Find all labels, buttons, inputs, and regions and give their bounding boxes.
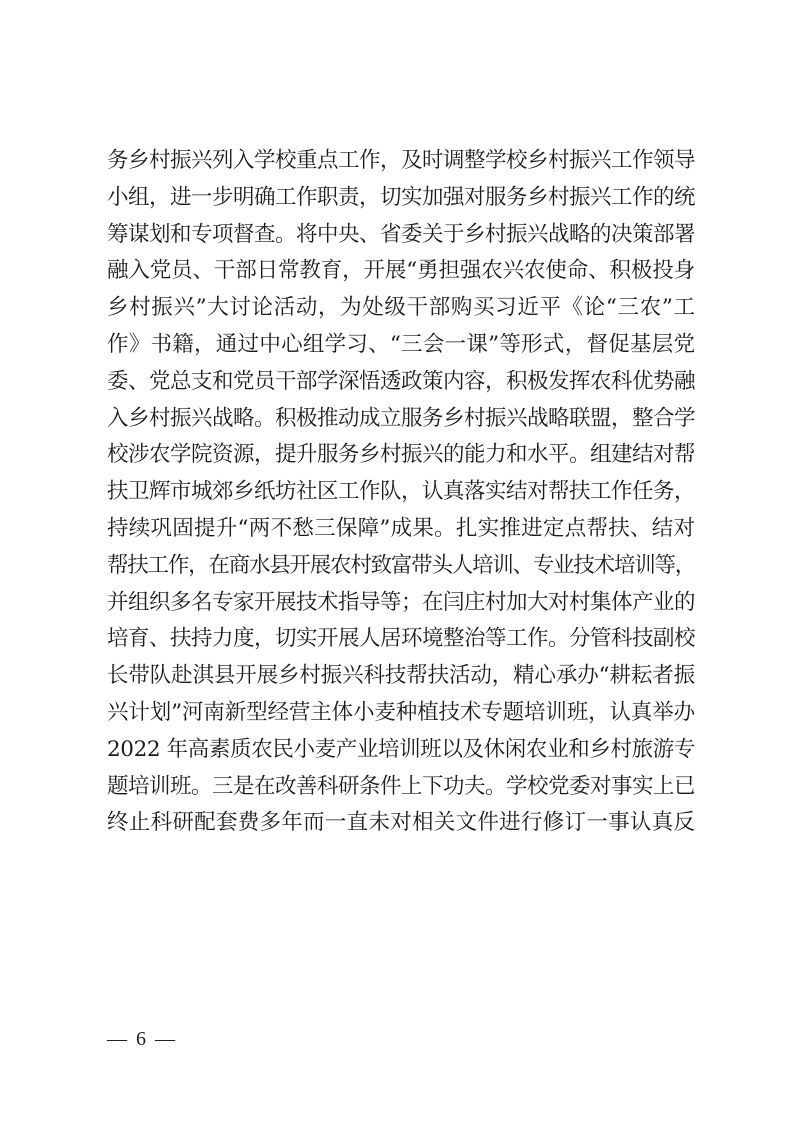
text-line: 并组织多名专家开展技术指导等；在闫庄村加大对村集体产业的: [107, 585, 695, 622]
text-line: 题培训班。三是在改善科研条件上下功夫。学校党委对事实上已: [107, 769, 695, 806]
text-line: 务乡村振兴列入学校重点工作，及时调整学校乡村振兴工作领导: [107, 143, 695, 180]
text-line: 作》书籍，通过中心组学习、“三会一课”等形式，督促基层党: [107, 327, 695, 364]
text-line: 委、党总支和党员干部学深悟透政策内容，积极发挥农科优势融: [107, 364, 695, 401]
page-number: — 6 —: [107, 1028, 177, 1051]
text-line: 2022 年高素质农民小麦产业培训班以及休闲农业和乡村旅游专: [107, 732, 695, 769]
document-page: 务乡村振兴列入学校重点工作，及时调整学校乡村振兴工作领导 小组，进一步明确工作职…: [0, 0, 793, 1122]
text-line: 长带队赴淇县开展乡村振兴科技帮扶活动，精心承办“耕耘者振: [107, 658, 695, 695]
text-line: 扶卫辉市城郊乡纸坊社区工作队，认真落实结对帮扶工作任务，: [107, 474, 695, 511]
text-line: 筹谋划和专项督查。将中央、省委关于乡村振兴战略的决策部署: [107, 217, 695, 254]
text-line: 入乡村振兴战略。积极推动成立服务乡村振兴战略联盟，整合学: [107, 401, 695, 438]
body-paragraph: 务乡村振兴列入学校重点工作，及时调整学校乡村振兴工作领导 小组，进一步明确工作职…: [107, 143, 695, 842]
text-line: 兴计划”河南新型经营主体小麦种植技术专题培训班，认真举办: [107, 695, 695, 732]
text-line: 帮扶工作，在商水县开展农村致富带头人培训、专业技术培训等，: [107, 548, 695, 585]
text-line: 持续巩固提升“两不愁三保障”成果。扎实推进定点帮扶、结对: [107, 511, 695, 548]
text-line: 乡村振兴”大讨论活动，为处级干部购买习近平《论“三农”工: [107, 290, 695, 327]
text-line: 培育、扶持力度，切实开展人居环境整治等工作。分管科技副校: [107, 621, 695, 658]
text-line: 终止科研配套费多年而一直未对相关文件进行修订一事认真反: [107, 805, 695, 842]
text-line: 小组，进一步明确工作职责，切实加强对服务乡村振兴工作的统: [107, 180, 695, 217]
text-line: 校涉农学院资源，提升服务乡村振兴的能力和水平。组建结对帮: [107, 437, 695, 474]
text-line: 融入党员、干部日常教育，开展“勇担强农兴农使命、积极投身: [107, 253, 695, 290]
